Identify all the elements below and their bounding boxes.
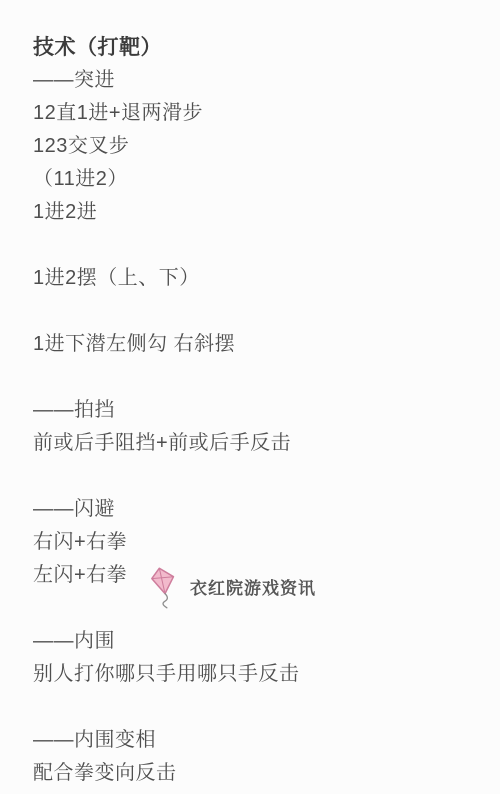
text-line: 别人打你哪只手用哪只手反击 (33, 658, 480, 691)
text-line: ——拍挡 (33, 394, 480, 427)
text-line: 1进下潜左侧勾 右斜摆 (33, 328, 480, 361)
watermark: 衣红院游戏资讯 (149, 566, 316, 610)
kite-icon (149, 566, 181, 610)
text-line: 右闪+右拳 (33, 526, 480, 559)
note-page: 技术（打靶） ——突进12直1进+退两滑步123交叉步（11进2）1进2进 1进… (0, 0, 500, 794)
blank-line (33, 229, 480, 262)
blank-line (33, 361, 480, 394)
text-line: 前或后手阻挡+前或后手反击 (33, 427, 480, 460)
text-line: ——突进 (33, 64, 480, 97)
text-line: 1进2摆（上、下） (33, 262, 480, 295)
text-line: ——闪避 (33, 493, 480, 526)
blank-line (33, 691, 480, 724)
text-line: （11进2） (33, 163, 480, 196)
watermark-label: 衣红院游戏资讯 (190, 574, 316, 599)
text-line: 1进2进 (33, 196, 480, 229)
text-line: 12直1进+退两滑步 (33, 97, 480, 130)
note-title: 技术（打靶） (33, 31, 480, 64)
text-line: ——内围变相 (33, 724, 480, 757)
blank-line (33, 460, 480, 493)
blank-line (33, 295, 480, 328)
text-line: 123交叉步 (33, 130, 480, 163)
note-lines: ——突进12直1进+退两滑步123交叉步（11进2）1进2进 1进2摆（上、下）… (33, 64, 480, 790)
text-line: 配合拳变向反击 (33, 757, 480, 790)
text-line: ——内围 (33, 625, 480, 658)
